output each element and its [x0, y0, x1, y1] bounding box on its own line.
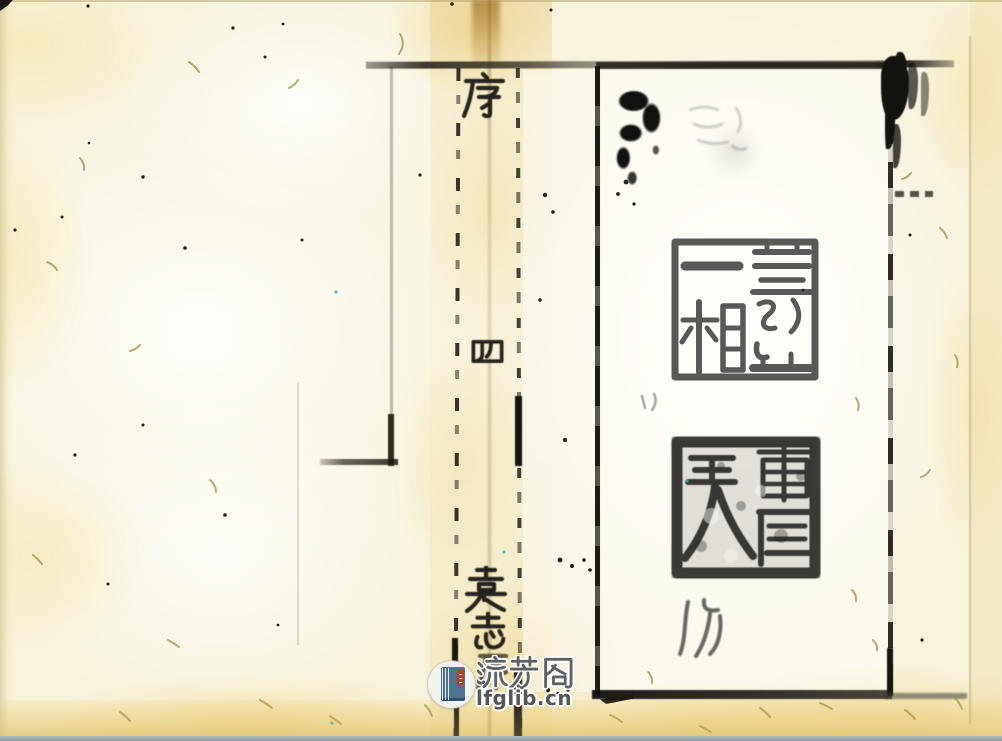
- scanned-book-page: lfglib.cn: [0, 0, 1002, 741]
- book-red-label: [457, 669, 464, 685]
- scan-bottom-edge: [0, 736, 1002, 741]
- watermark-site-url: lfglib.cn: [476, 686, 572, 710]
- paper-specks-and-fibers: [0, 0, 1002, 741]
